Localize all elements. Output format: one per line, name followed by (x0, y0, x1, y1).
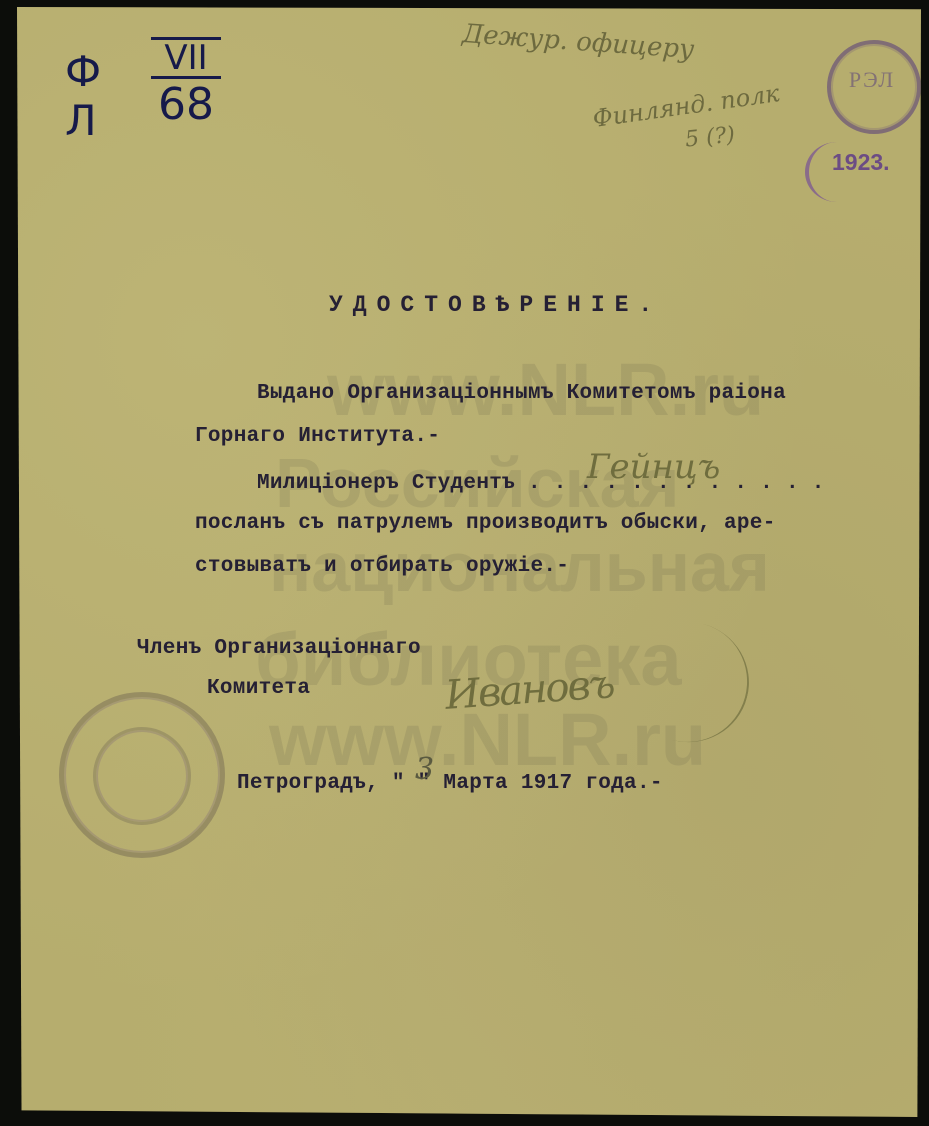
body-line: Выдано Организацiоннымъ Комитетомъ раiон… (257, 382, 786, 405)
body-line: стовыватъ и отбирать оружiе.- (195, 555, 569, 578)
seal-stamp-inner-icon (93, 727, 191, 825)
date-stamp: 1923. (832, 149, 890, 176)
signature-flourish-icon (614, 608, 763, 755)
archive-fraction: VII 68 (151, 37, 221, 131)
resolution-line: Финлянд. полк (591, 79, 781, 133)
body-line: посланъ съ патрулемъ производитъ обыски,… (195, 512, 776, 535)
stamp-text: РЭЛ (839, 67, 905, 93)
signature: Ивановъ (444, 661, 615, 719)
resolution-line: Дежур. офицеру (461, 19, 695, 65)
body-line: Горнаго Института.- (195, 425, 440, 448)
archive-denominator: 68 (151, 79, 221, 131)
date-day-handwritten: 3 (415, 752, 434, 787)
student-name-handwritten: Гейнцъ (587, 447, 720, 487)
archive-fund-prefix: Ф Л (65, 47, 101, 145)
document-title: УДОСТОВѢРЕНIЕ. (329, 292, 662, 318)
date-line: Петроградъ, " " Марта 1917 года.- (237, 772, 663, 795)
body-line-student: Милицiонеръ Студентъ . . . . . . . . . .… (257, 472, 825, 495)
signatory-title: Комитета (207, 677, 310, 700)
signatory-title: Членъ Организацiоннаго (137, 637, 421, 660)
document-page: www.NLR.ru Российская национальная библи… (17, 7, 921, 1117)
resolution-line: 5 (?) (684, 122, 736, 152)
archive-numerator: VII (151, 37, 221, 79)
